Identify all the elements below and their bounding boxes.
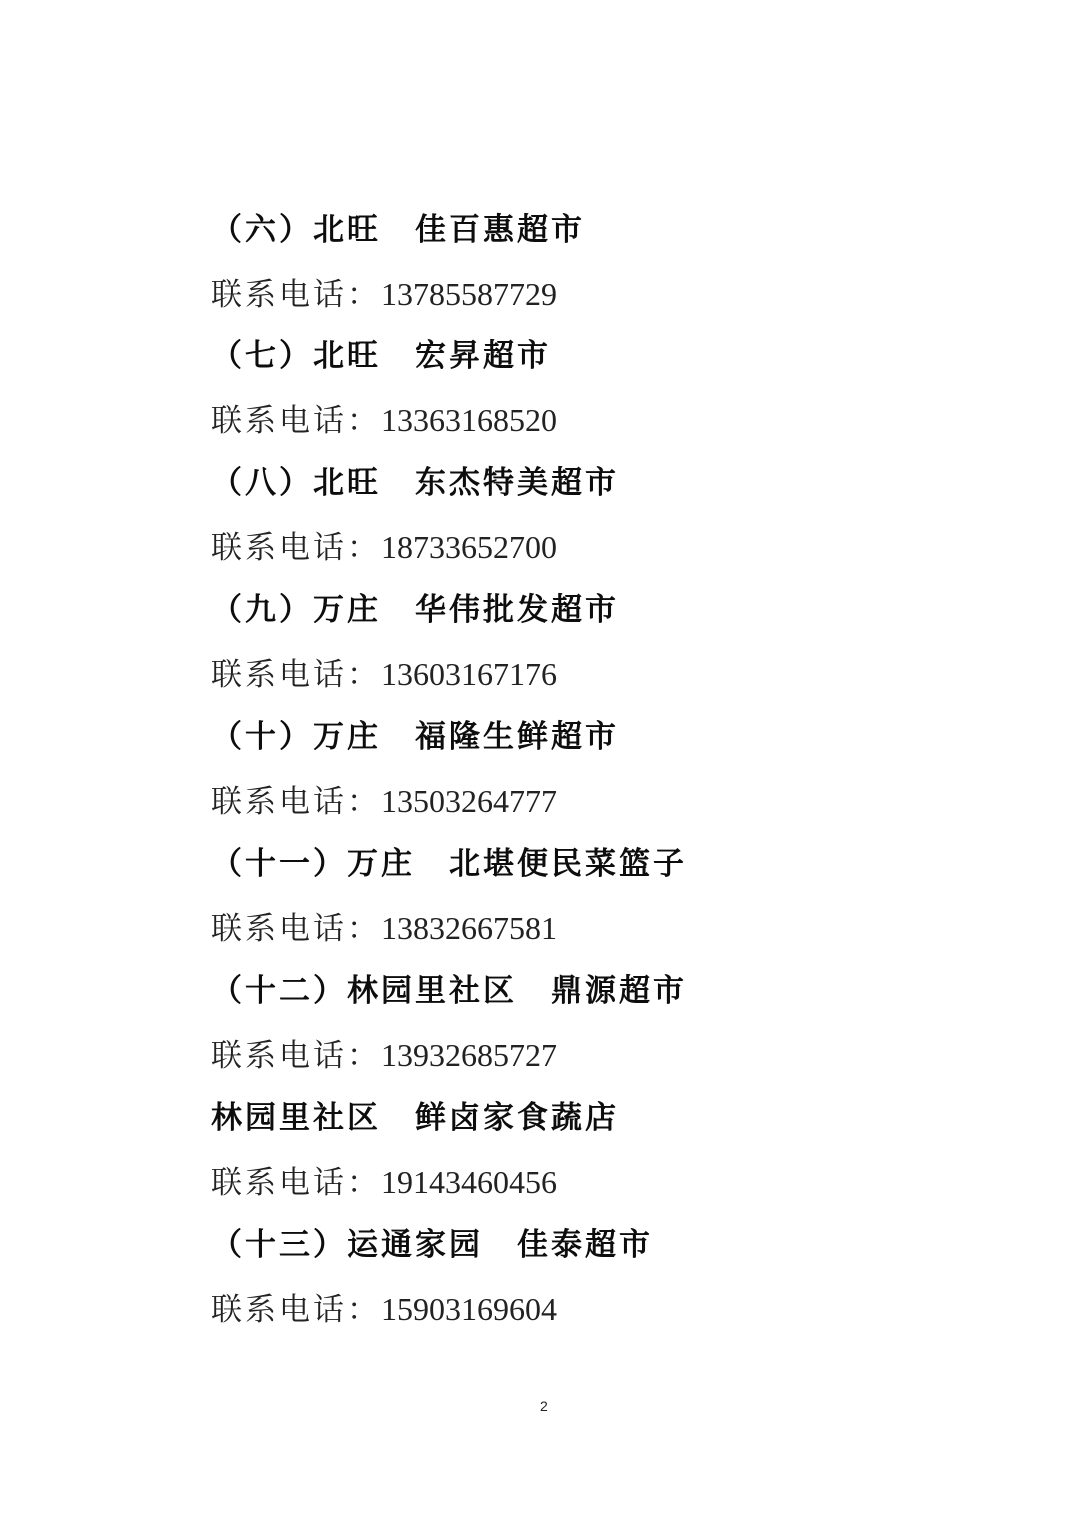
store-heading: （十）万庄 福隆生鲜超市: [211, 717, 619, 757]
phone-number: 15903169604: [381, 1291, 557, 1327]
phone-number: 13503264777: [381, 783, 557, 819]
phone-line: 联系电话：15903169604: [211, 1289, 557, 1330]
phone-label: 联系电话：: [211, 1165, 381, 1201]
phone-label: 联系电话：: [211, 277, 381, 313]
phone-number: 13603167176: [381, 656, 557, 692]
phone-line: 联系电话：13832667581: [211, 908, 557, 949]
store-heading: （六）北旺 佳百惠超市: [211, 210, 585, 250]
store-heading: 林园里社区 鲜卤家食蔬店: [211, 1098, 619, 1138]
phone-line: 联系电话：13785587729: [211, 274, 557, 315]
phone-label: 联系电话：: [211, 530, 381, 566]
store-heading: （十三）运通家园 佳泰超市: [211, 1225, 653, 1265]
phone-number: 13832667581: [381, 910, 557, 946]
phone-line: 联系电话：13503264777: [211, 781, 557, 822]
phone-number: 13932685727: [381, 1037, 557, 1073]
phone-number: 13785587729: [381, 276, 557, 312]
phone-number: 18733652700: [381, 529, 557, 565]
phone-label: 联系电话：: [211, 403, 381, 439]
store-heading: （十二）林园里社区 鼎源超市: [211, 971, 687, 1011]
phone-number: 19143460456: [381, 1164, 557, 1200]
phone-number: 13363168520: [381, 402, 557, 438]
phone-line: 联系电话：19143460456: [211, 1162, 557, 1203]
page-number: 2: [540, 1398, 548, 1414]
phone-line: 联系电话：18733652700: [211, 527, 557, 568]
phone-label: 联系电话：: [211, 911, 381, 947]
phone-label: 联系电话：: [211, 784, 381, 820]
phone-label: 联系电话：: [211, 657, 381, 693]
phone-line: 联系电话：13363168520: [211, 400, 557, 441]
phone-line: 联系电话：13932685727: [211, 1035, 557, 1076]
store-heading: （十一）万庄 北堪便民菜篮子: [211, 844, 687, 884]
phone-label: 联系电话：: [211, 1292, 381, 1328]
store-heading: （九）万庄 华伟批发超市: [211, 590, 619, 630]
phone-line: 联系电话：13603167176: [211, 654, 557, 695]
store-heading: （八）北旺 东杰特美超市: [211, 463, 619, 503]
store-heading: （七）北旺 宏昇超市: [211, 336, 551, 376]
phone-label: 联系电话：: [211, 1038, 381, 1074]
